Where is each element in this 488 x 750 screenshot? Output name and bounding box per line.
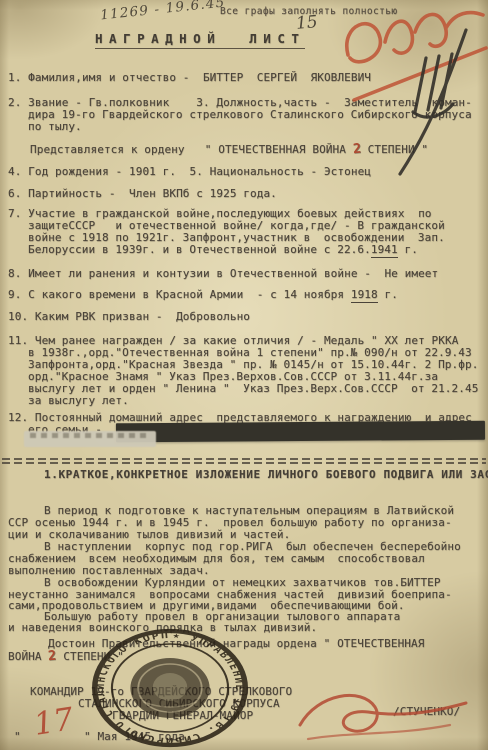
black-pencil-scribble <box>400 30 466 174</box>
field-army-since-line: 9. С какого времени в Красной Армии - с … <box>8 289 398 301</box>
conclusion-text: ВОЙНА <box>8 650 48 663</box>
field-party-line: 6. Партийность - Член ВКПб с 1925 года. <box>8 188 277 200</box>
document-title: НАГРАДНОЙ ЛИСТ <box>95 33 305 49</box>
underlined-year-1918: 1918 <box>351 288 378 303</box>
degree-mark-red: 2 <box>48 650 57 663</box>
redaction-bar <box>116 421 485 443</box>
field-prior-awards-line: за выслугу лет. <box>28 395 129 407</box>
erased-text-smudge <box>24 431 156 447</box>
field-war-service-line: Белоруссии в 1939г. и в Отечественной во… <box>28 244 418 256</box>
army-since-text: г. <box>378 288 398 301</box>
field-birth-nationality-line: 4. Год рождения - 1901 г. 5. Национально… <box>8 166 371 178</box>
award-sheet-page: 11269 - 19.6.45 Все графы заполнять полн… <box>0 0 488 750</box>
war-service-text: г. <box>398 243 418 256</box>
handwritten-day: 17 <box>31 701 76 743</box>
field-name-line: 1. Фамилия,имя и отчество - БИТТЕР СЕРГЕ… <box>8 72 371 84</box>
signature-stroke <box>308 725 450 739</box>
corps-stamp: ★ УПРАВЛЕНИЕ 19 ГВ. СИБИРСКОГО СТАЛИНСКО… <box>86 624 254 750</box>
date-line: " <box>14 731 21 743</box>
army-since-text: 9. С какого времени в Красной Армии - с … <box>8 288 351 301</box>
field-drafted-line: 10. Каким РВК призван - Добровольно <box>8 311 250 323</box>
underlined-year-1941: 1941 <box>371 243 398 258</box>
war-service-text: Белоруссии в 1939г. и в Отечественной во… <box>28 243 371 256</box>
stamp-emblem-globe <box>153 673 187 701</box>
field-rank-duty-line: по тылу. <box>28 121 82 133</box>
field-wounds-line: 8. Имеет ли ранения и контузии в Отечест… <box>8 268 438 280</box>
commander-signature-red <box>278 683 483 750</box>
registry-note-handwritten: 11269 - 19.6.45 <box>100 0 227 24</box>
red-pencil-scribble <box>347 13 486 100</box>
merit-section-header: 1.КРАТКОЕ,КОНКРЕТНОЕ ИЗЛОЖЕНИЕ ЛИЧНОГО Б… <box>44 469 488 481</box>
section-divider <box>0 458 488 465</box>
top-annotations <box>330 0 488 185</box>
nomination-text: Представляется к ордену " ОТЕЧЕСТВЕННАЯ … <box>30 143 353 156</box>
